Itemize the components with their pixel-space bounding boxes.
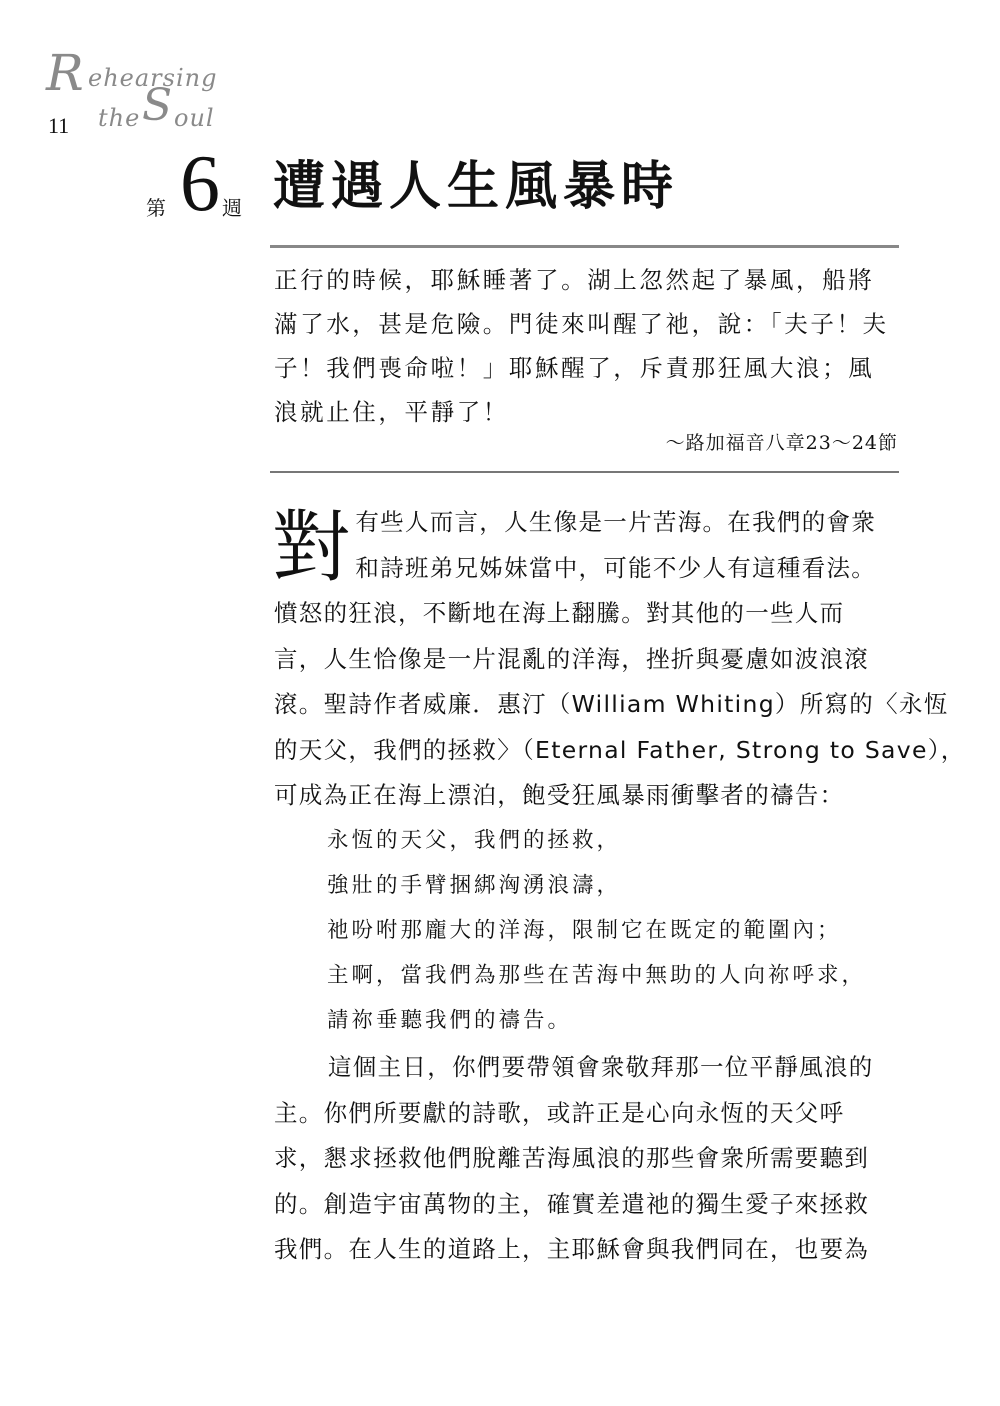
divider-bottom: [270, 471, 899, 473]
hymn-quote: 永恆的天父，我們的拯救， 強壯的手臂捆綁洶湧浪濤， 祂吩咐那龐大的洋海，限制它在…: [327, 818, 866, 1043]
logo-word-oul: oul: [174, 104, 215, 132]
body-line: 有些人而言，人生像是一片苦海。在我們的會衆: [274, 500, 900, 546]
week-number: 6: [180, 144, 220, 224]
body-line: 主。你們所要獻的詩歌，或許正是心向永恆的天父呼: [274, 1091, 900, 1137]
body-line: 的天父，我們的拯救〉（Eternal Father, Strong to Sav…: [274, 728, 900, 774]
body-line: 可成為正在海上漂泊，飽受狂風暴雨衝擊者的禱告：: [274, 773, 900, 819]
scripture-line: 子！我們喪命啦！」耶穌醒了，斥責那狂風大浪；風: [274, 346, 900, 390]
body-paragraph-1: 對 有些人而言，人生像是一片苦海。在我們的會衆 和詩班弟兄姊妹當中，可能不少人有…: [274, 500, 900, 819]
chapter-title: 遭遇人生風暴時: [273, 152, 679, 222]
body-line: 憤怒的狂浪，不斷地在海上翻騰。對其他的一些人而: [274, 591, 900, 637]
body-line: 求，懇求拯救他們脫離苦海風浪的那些會衆所需要聽到: [274, 1136, 900, 1182]
hymn-line: 永恆的天父，我們的拯救，: [327, 818, 866, 863]
body-line: 和詩班弟兄姊妹當中，可能不少人有這種看法。: [274, 546, 900, 592]
scripture-quote: 正行的時候，耶穌睡著了。湖上忽然起了暴風，船將 滿了水，甚是危險。門徒來叫醒了祂…: [274, 258, 900, 434]
week-prefix: 第: [146, 192, 166, 221]
scripture-line: 滿了水，甚是危險。門徒來叫醒了祂，說：「夫子！夫: [274, 302, 900, 346]
book-logo: R ehearsing the S oul: [40, 50, 240, 140]
hymn-line: 主啊，當我們為那些在苦海中無助的人向祢呼求，: [327, 953, 866, 998]
hymn-line: 請祢垂聽我們的禱告。: [327, 998, 866, 1043]
logo-cap-s: S: [142, 80, 172, 131]
body-line: 滾。聖詩作者威廉．惠汀（William Whiting）所寫的〈永恆: [274, 682, 900, 728]
scripture-reference: ～路加福音八章23～24節: [666, 428, 898, 455]
body-line: 的。創造宇宙萬物的主，確實差遣祂的獨生愛子來拯救: [274, 1182, 900, 1228]
logo-cap-r: R: [46, 44, 84, 102]
body-line: 我們。在人生的道路上，主耶穌會與我們同在，也要為: [274, 1227, 900, 1273]
divider-top: [270, 245, 899, 248]
body-line: 這個主日，你們要帶領會衆敬拜那一位平靜風浪的: [274, 1045, 900, 1091]
drop-cap: 對: [272, 508, 351, 588]
body-line: 言，人生恰像是一片混亂的洋海，挫折與憂慮如波浪滾: [274, 637, 900, 683]
logo-word-the: the: [98, 104, 140, 132]
hymn-line: 祂吩咐那龐大的洋海，限制它在既定的範圍內；: [327, 908, 866, 953]
week-suffix: 週: [222, 192, 242, 221]
hymn-line: 強壯的手臂捆綁洶湧浪濤，: [327, 863, 866, 908]
body-paragraph-2: 這個主日，你們要帶領會衆敬拜那一位平靜風浪的 主。你們所要獻的詩歌，或許正是心向…: [274, 1045, 900, 1273]
page-number: 11: [48, 113, 69, 139]
scripture-line: 正行的時候，耶穌睡著了。湖上忽然起了暴風，船將: [274, 258, 900, 302]
